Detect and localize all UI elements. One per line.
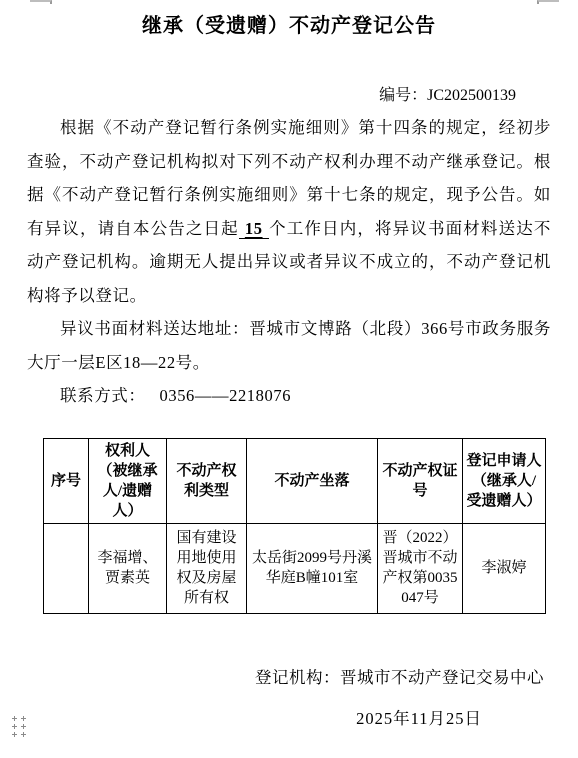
registration-authority-line: 登记机构：晋城市不动产登记交易中心 <box>0 664 578 688</box>
cell-applicant: 李淑婷 <box>463 523 546 613</box>
cell-owner: 李福增、贾素英 <box>89 523 167 613</box>
paragraph-address: 异议书面材料送达地址：晋城市文博路（北段）366号市政务服务大厅一层E区18—2… <box>27 312 551 379</box>
cell-location: 太岳街2099号丹溪华庭B幢101室 <box>247 523 378 613</box>
grip-dot <box>12 716 17 721</box>
header-seq: 序号 <box>44 438 89 523</box>
table-row: 李福增、贾素英 国有建设用地使用权及房屋所有权 太岳街2099号丹溪华庭B幢10… <box>44 523 546 613</box>
grip-dot <box>21 716 26 721</box>
doc-number-line: 编号：JC202500139 <box>0 82 578 105</box>
cell-seq <box>44 523 89 613</box>
contact-label: 联系方式： <box>60 386 146 405</box>
notice-body: 根据《不动产登记暂行条例实施细则》第十四条的规定，经初步查验，不动产登记机构拟对… <box>27 111 551 413</box>
grip-dot <box>12 724 17 729</box>
doc-number-value: JC202500139 <box>427 87 516 104</box>
registration-table: 序号 权利人（被继承人/遗赠人） 不动产权利类型 不动产坐落 不动产权证号 登记… <box>43 438 546 614</box>
header-location: 不动产坐落 <box>247 438 378 523</box>
doc-number-label: 编号： <box>379 87 427 104</box>
contact-value: 0356——2218076 <box>160 386 292 405</box>
grip-dot <box>12 732 17 737</box>
page-title: 继承（受遗赠）不动产登记公告 <box>0 9 578 38</box>
document-page: 继承（受遗赠）不动产登记公告 编号：JC202500139 根据《不动产登记暂行… <box>0 0 578 758</box>
grip-dot <box>21 732 26 737</box>
working-days-value: 15 <box>239 219 269 239</box>
grip-dot <box>21 724 26 729</box>
six-dot-grip-icon[interactable] <box>12 716 26 737</box>
header-applicant: 登记申请人（继承人/受遗赠人） <box>463 438 546 523</box>
header-right-type: 不动产权利类型 <box>167 438 247 523</box>
authority-name: 晋城市不动产登记交易中心 <box>340 668 544 687</box>
authority-label: 登记机构： <box>255 668 340 687</box>
paragraph-main: 根据《不动产登记暂行条例实施细则》第十四条的规定，经初步查验，不动产登记机构拟对… <box>27 111 551 312</box>
top-right-margin-mark <box>537 0 559 4</box>
notice-date: 2025年11月25日 <box>0 705 578 729</box>
cell-right-type: 国有建设用地使用权及房屋所有权 <box>167 523 247 613</box>
table-header-row: 序号 权利人（被继承人/遗赠人） 不动产权利类型 不动产坐落 不动产权证号 登记… <box>44 438 546 523</box>
paragraph-contact: 联系方式：0356——2218076 <box>27 379 551 413</box>
cell-cert-no: 晋（2022）晋城市不动产权第0035047号 <box>378 523 463 613</box>
header-owner: 权利人（被继承人/遗赠人） <box>89 438 167 523</box>
header-cert-no: 不动产权证号 <box>378 438 463 523</box>
top-left-margin-mark <box>30 0 52 4</box>
